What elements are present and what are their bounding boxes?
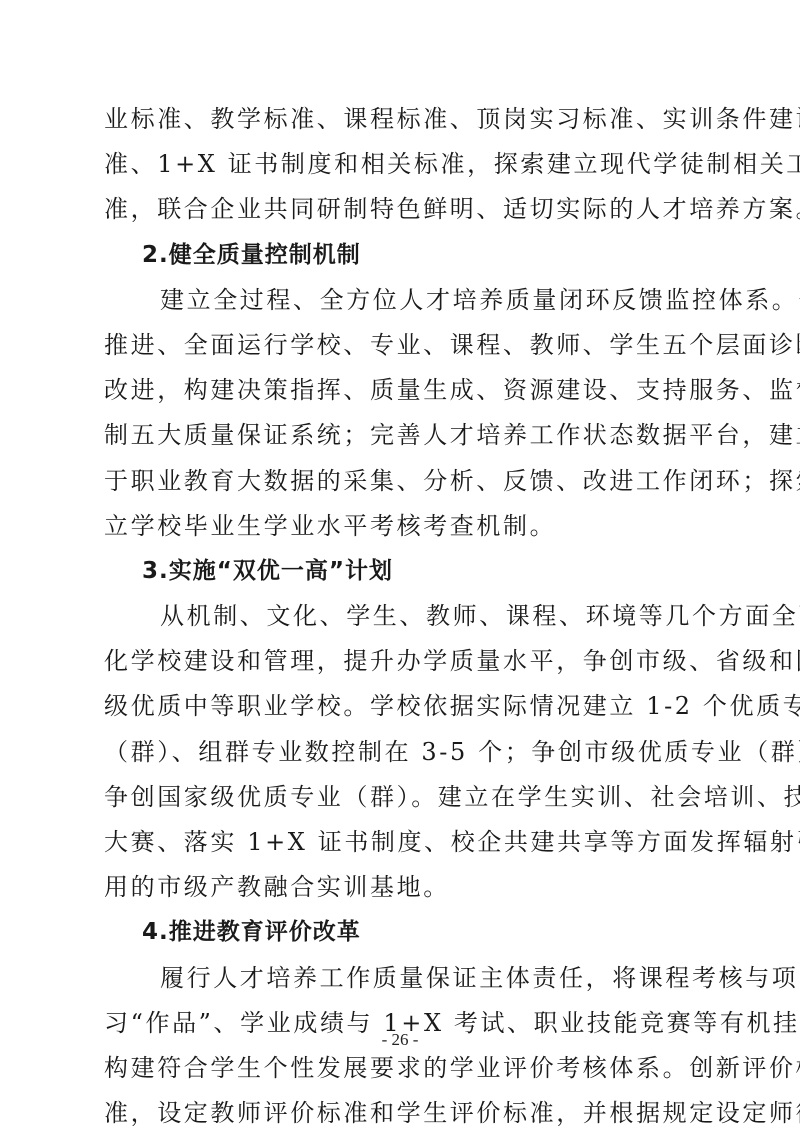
text-line: 准，联合企业共同研制特色鲜明、适切实际的人才培养方案。 <box>104 187 702 232</box>
text-line: 立学校毕业生学业水平考核考查机制。 <box>104 504 702 549</box>
text-line: 级优质中等职业学校。学校依据实际情况建立 1-2 个优质专业 <box>104 684 702 729</box>
text-line: 推进、全面运行学校、专业、课程、教师、学生五个层面诊断与 <box>104 323 702 368</box>
paragraph-standards: 业标准、教学标准、课程标准、顶岗实习标准、实训条件建设标 准、1+X 证书制度和… <box>104 97 702 233</box>
document-page: 业标准、教学标准、课程标准、顶岗实习标准、实训条件建设标 准、1+X 证书制度和… <box>104 97 702 1131</box>
text-line: 准，设定教师评价标准和学生评价标准，并根据规定设定师德考 <box>104 1091 702 1131</box>
section-heading-evaluation-reform: 4.推进教育评价改革 <box>104 910 702 955</box>
section-heading-quality-control: 2.健全质量控制机制 <box>104 233 702 278</box>
text-line: 履行人才培养工作质量保证主体责任，将课程考核与项目学 <box>104 956 702 1001</box>
page-number: - 26 - <box>0 1030 800 1050</box>
text-line: 大赛、落实 1+X 证书制度、校企共建共享等方面发挥辐射引领作 <box>104 820 702 865</box>
text-line: 化学校建设和管理，提升办学质量水平，争创市级、省级和国家 <box>104 639 702 684</box>
text-line: 业标准、教学标准、课程标准、顶岗实习标准、实训条件建设标 <box>104 97 702 142</box>
text-line: 制五大质量保证系统；完善人才培养工作状态数据平台，建立基 <box>104 413 702 458</box>
text-line: 从机制、文化、学生、教师、课程、环境等几个方面全面优 <box>104 594 702 639</box>
text-line: 改进，构建决策指挥、质量生成、资源建设、支持服务、监督控 <box>104 368 702 413</box>
paragraph-double-excellence: 从机制、文化、学生、教师、课程、环境等几个方面全面优 化学校建设和管理，提升办学… <box>104 594 702 910</box>
text-line: （群）、组群专业数控制在 3-5 个；争创市级优质专业（群），并 <box>104 730 702 775</box>
text-line: 于职业教育大数据的采集、分析、反馈、改进工作闭环；探索建 <box>104 459 702 504</box>
text-line: 准、1+X 证书制度和相关标准，探索建立现代学徒制相关工作标 <box>104 142 702 187</box>
text-line: 争创国家级优质专业（群）。建立在学生实训、社会培训、技能 <box>104 775 702 820</box>
section-heading-double-excellence: 3.实施“双优一高”计划 <box>104 549 702 594</box>
paragraph-quality-control: 建立全过程、全方位人才培养质量闭环反馈监控体系。分步 推进、全面运行学校、专业、… <box>104 278 702 549</box>
text-line: 构建符合学生个性发展要求的学业评价考核体系。创新评价标 <box>104 1046 702 1091</box>
text-line: 用的市级产教融合实训基地。 <box>104 865 702 910</box>
text-line: 建立全过程、全方位人才培养质量闭环反馈监控体系。分步 <box>104 278 702 323</box>
